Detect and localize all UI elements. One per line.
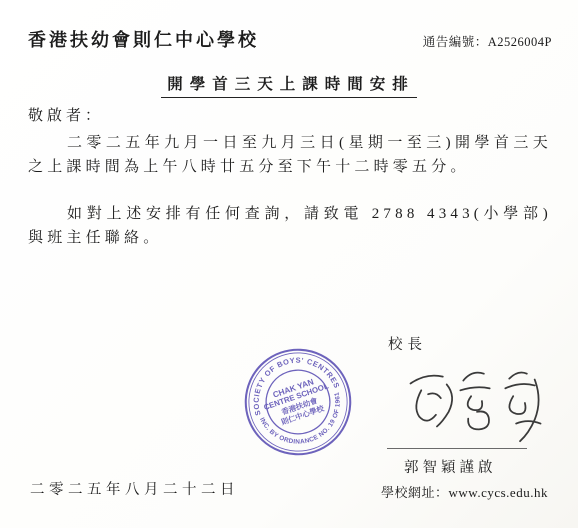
school-round-stamp: SOCIETY OF BOYS' CENTRES INC. BY ORDINAN… xyxy=(228,332,368,472)
school-website-label: 學校網址： xyxy=(381,485,449,500)
notice-number-label: 通告編號： xyxy=(423,35,488,49)
signature-stroke xyxy=(428,393,441,398)
signature-stroke xyxy=(509,372,527,378)
signature-closing: 郭智穎謹啟 xyxy=(404,456,497,477)
signature-stroke xyxy=(468,411,489,429)
school-website: 學校網址：www.cycs.edu.hk xyxy=(381,482,548,501)
signature-stroke xyxy=(463,373,484,381)
signature-stroke xyxy=(468,396,483,410)
signature-stroke xyxy=(520,380,539,442)
signature-underline xyxy=(387,448,527,449)
notice-number-value: A2526004P xyxy=(488,35,552,49)
signature-stroke xyxy=(437,384,452,426)
school-website-value: www.cycs.edu.hk xyxy=(449,485,548,500)
principal-role-label: 校長 xyxy=(388,333,427,354)
notice-title: 開學首三天上課時間安排 xyxy=(161,72,417,98)
school-notice-document: 香港扶幼會則仁中心學校 通告編號：A2526004P 開學首三天上課時間安排 敬… xyxy=(0,0,578,528)
title-row: 開學首三天上課時間安排 xyxy=(0,72,578,98)
document-header: 香港扶幼會則仁中心學校 通告編號：A2526004P xyxy=(28,26,552,52)
notice-number: 通告編號：A2526004P xyxy=(423,32,552,50)
signature-stroke xyxy=(509,396,525,414)
school-name: 香港扶幼會則仁中心學校 xyxy=(28,26,259,52)
signature-stroke xyxy=(460,387,489,390)
salutation: 敬啟者： xyxy=(28,104,104,125)
notice-date: 二零二五年八月二十二日 xyxy=(30,478,239,499)
body-paragraph-enquiry: 如對上述安排有任何查詢，請致電 2788 4343(小學部)與班主任聯絡。 xyxy=(28,203,552,250)
body-paragraph-schedule: 二零二五年九月一日至九月三日(星期一至三)開學首三天之上課時間為上午八時廿五分至… xyxy=(28,132,552,179)
signature-stroke xyxy=(505,384,534,388)
signature-stroke xyxy=(411,376,443,384)
signature-stroke xyxy=(416,390,436,420)
principal-handwritten-signature xyxy=(398,360,556,448)
signature-stroke xyxy=(516,421,540,423)
